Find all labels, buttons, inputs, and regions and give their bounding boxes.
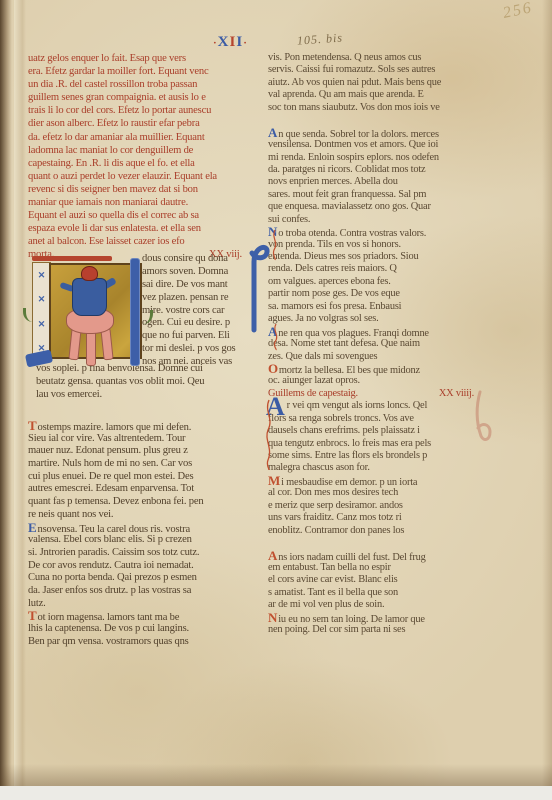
text-line <box>268 114 514 126</box>
text-line: s amatist. Tant es il bella que son <box>268 587 514 599</box>
line-text: quant o auzi perdet lo vezer elauzir. Eq… <box>28 171 217 182</box>
line-text: ladomna lac maniat lo cor denguillem de <box>28 145 193 156</box>
text-line: sa. mamors esi fos presa. Enbausi <box>268 301 514 313</box>
line-text: autres emescrei. Edesam enparvensa. Tot <box>28 483 194 494</box>
line-text: De cor avos rendutz. Cautra ioi nemadat. <box>28 560 194 571</box>
text-line: da. efetz lo dar amaniar ala muillier. E… <box>28 131 266 144</box>
red-filigree-flourish <box>271 322 281 352</box>
line-text: un dia .R. del castel rossillon troba pa… <box>28 79 197 90</box>
text-line: Ensovensa. Teu la carel dous ris. vostra <box>28 522 266 535</box>
line-text: lhis la captenensa. De vos p cui langins… <box>28 623 189 634</box>
left-column-vida-rubric: uatz gelos enquer lo fait. Esap que vers… <box>28 52 266 262</box>
line-text: uns vars fraiditz. Canz mos totz ri <box>268 512 402 523</box>
text-line: uns vars fraiditz. Canz mos totz ri <box>268 512 514 524</box>
text-line: lhis la captenensa. De vos p cui langins… <box>28 623 266 636</box>
line-text: sai dire. De vos mant <box>142 279 228 290</box>
line-text: agues. Ja no volgras sol ses. <box>268 313 379 324</box>
stanza-initial: A <box>268 125 277 140</box>
text-line: em entabust. Tan bella no espir <box>268 562 514 574</box>
text-line: re neis quant nos vei. <box>28 509 266 522</box>
line-text: val aprenda. Qu am mais que arenda. E <box>268 89 424 100</box>
line-text: von prenda. Tils en vos si honors. <box>268 239 401 250</box>
miniature-red-top-bar <box>32 256 112 261</box>
line-text: lutz. <box>28 598 46 609</box>
stanza-initial: N <box>268 610 277 625</box>
text-line: val aprenda. Qu am mais que arenda. E <box>268 89 514 101</box>
line-text: mortz la bellesa. El bes que midonz <box>279 365 420 376</box>
blue-curl-flourish <box>242 238 270 334</box>
line-text: re neis quant nos vei. <box>28 509 113 520</box>
initial-blue-stem <box>130 258 140 366</box>
text-line: Ben par qm vensa. vostramors quas qns <box>28 636 266 649</box>
horse-leg <box>86 330 96 366</box>
line-text: mire. vostre cors car <box>142 305 224 316</box>
text-line: espaza evole li dar sus enlatesta. et el… <box>28 222 266 235</box>
line-text: al cor. Don mes mos desires tech <box>268 487 398 498</box>
line-text: i mesbaudise em demor. p un iorta <box>281 477 417 488</box>
line-text: ns iors nadam cuilli del fust. Del frug <box>278 552 425 563</box>
faint-red-margin-mark <box>472 388 494 446</box>
text-line: De cor avos rendutz. Cautra ioi nemadat. <box>28 560 266 573</box>
line-text: dier ason alberc. Efetz lo raustir efar … <box>28 118 200 129</box>
line-text: aiutz. Ab vos quien nai pdut. Mais bens … <box>268 77 441 88</box>
line-text: e meriz que serp desiramor. andos <box>268 500 403 511</box>
line-text: iu eu no sem tan loing. De lamor que <box>278 614 425 625</box>
line-text: dous consire qu dona <box>142 253 228 264</box>
line-text: el cors avine car evist. Blanc elis <box>268 574 397 585</box>
stanza-initial: E <box>28 520 36 535</box>
line-text: flors sa renga sobrels troncs. Vos ave <box>268 413 414 424</box>
text-line: An que senda. Sobrel tor la dolors. merc… <box>268 127 514 139</box>
text-line: sui confes. <box>268 214 514 226</box>
line-text: da. Jaser enfos sos drutz. p las vostras… <box>28 585 191 596</box>
line-text: valensa. Ebel cors blanc elis. Si p crez… <box>28 534 192 545</box>
text-line: anet al balcon. Ese laisset cazer ios ef… <box>28 235 266 248</box>
line-text: da. efetz lo dar amaniar ala muillier. E… <box>28 132 205 143</box>
line-text: Ben par qm vensa. vostramors quas qns <box>28 636 189 647</box>
binding-gutter-shadow <box>0 0 12 786</box>
text-line: mauer nuz. Edonat pensum. plus greu z <box>28 445 266 458</box>
stanza-initial: A <box>268 548 277 563</box>
line-text: martire. Nuls hom de mi no sen. Car vos <box>28 458 192 469</box>
text-line: el cors avine car evist. Blanc elis <box>268 574 514 586</box>
chapter-numeral-XII: ·XII· <box>213 34 248 51</box>
line-text: nen poing. Del cor sim parta ni ses <box>268 624 405 635</box>
text-line: mi renda. Enloin sospirs eplors. nos ode… <box>268 152 514 164</box>
line-text: n que senda. Sobrel tor la dolors. merce… <box>278 129 439 140</box>
text-line: nen poing. Del cor sim parta ni ses <box>268 624 514 636</box>
line-text: capestaing. En .R. li dis aque el fo. et… <box>28 158 195 169</box>
text-line: Ans iors nadam cuilli del fust. Del frug <box>268 550 514 562</box>
line-text: anet al balcon. Ese laisset cazer ios ef… <box>28 236 185 247</box>
text-line: aiutz. Ab vos quien nai pdut. Mais bens … <box>268 77 514 89</box>
line-text: espaza evole li dar sus enlatesta. et el… <box>28 223 201 234</box>
line-text: Equant el auzi so quella dis el correc a… <box>28 210 199 221</box>
line-text: que no fui parven. Eli <box>142 330 230 341</box>
text-line: un dia .R. del castel rossillon troba pa… <box>28 78 266 91</box>
line-text: nsovensa. Teu la carel dous ris. vostra <box>37 524 189 535</box>
line-text: desa. Nome stet tant defesa. Que naim <box>268 338 420 349</box>
line-text: amors soven. Domna <box>142 266 228 277</box>
line-text: o troba otenda. Contra vostras valors. <box>278 228 426 239</box>
text-line: Ane ren qua vos plagues. Franqi domne <box>268 326 514 338</box>
line-text: sa. mamors esi fos presa. Enbausi <box>268 301 401 312</box>
table-surface <box>0 786 552 800</box>
line-text: mauer nuz. Edonat pensum. plus greu z <box>28 445 188 456</box>
line-text: entenda. Dieus mes sos priadors. Siou <box>268 251 418 262</box>
text-line: vis. Pon metendensa. Q neus amos cus <box>268 52 514 64</box>
text-line: Sieu ial cor vire. Vas altrentedem. Tour <box>28 433 266 446</box>
line-text: revenc si dis seigner ben mavez dat si b… <box>28 184 198 195</box>
line-text: tor mi deslei. p vos gos <box>142 343 235 354</box>
text-line: some sims. Entre las flors els brondels … <box>268 450 514 462</box>
line-text: malegra chascus ason for. <box>268 462 370 473</box>
stanza-initial: O <box>268 361 278 376</box>
text-line: uatz gelos enquer lo fait. Esap que vers <box>28 52 266 65</box>
line-text: enoblitz. Contramor don panes los <box>268 525 404 536</box>
right-column-text: vis. Pon metendensa. Q neus amos cusserv… <box>268 52 514 637</box>
stanza-initial: T <box>28 418 36 433</box>
text-line: revenc si dis seigner ben mavez dat si b… <box>28 183 266 196</box>
text-line: da. paratges ni ricors. Coblidat mos tot… <box>268 164 514 176</box>
text-line: agues. Ja no volgras sol ses. <box>268 313 514 325</box>
text-line: malegra chascus ason for. <box>268 462 514 474</box>
line-text: qua tengutz enbrocs. lo freis mas era pe… <box>268 438 431 449</box>
text-line: que enquesa. mavialassetz ono gos. Quar <box>268 201 514 213</box>
text-line: quant fas p temensa. Devez enbona fei. p… <box>28 496 266 509</box>
text-line: era. Efetz gardar la moiller fort. Equan… <box>28 65 266 78</box>
text-line: lutz. <box>28 598 266 611</box>
text-line: martire. Nuls hom de mi no sen. Car vos <box>28 458 266 471</box>
line-text: uatz gelos enquer lo fait. Esap que vers <box>28 53 186 64</box>
line-text: trais li lo cor del cors. Efetz lo porta… <box>28 105 211 116</box>
text-line: trais li lo cor del cors. Efetz lo porta… <box>28 104 266 117</box>
text-line: entenda. Dieus mes sos priadors. Siou <box>268 251 514 263</box>
text-line: Tostemps mazire. lamors que mi defen. <box>28 420 266 433</box>
initial-blue-foot <box>25 349 53 367</box>
line-text: guillem senes gran compaignia. et ausis … <box>28 92 206 103</box>
line-text: ostemps mazire. lamors que mi defen. <box>37 422 191 433</box>
line-text: s amatist. Tant es il bella que son <box>268 587 398 598</box>
line-text: ot iorn magensa. lamors tant ma be <box>37 612 179 623</box>
text-line: capestaing. En .R. li dis aque el fo. et… <box>28 157 266 170</box>
page-fold-edge <box>14 0 26 786</box>
illuminated-initial-miniature: ✕✕✕✕ <box>30 254 144 368</box>
text-line: sares. mout feit gran franquessa. Sal pm <box>268 189 514 201</box>
line-text: partir nom pose ges. De vos eque <box>268 288 400 299</box>
text-line: novs enprien merces. Abella dou <box>268 176 514 188</box>
line-text: vez plazen. pensan re <box>142 292 228 303</box>
text-line: si. Jntrorien paradis. Caissim sos totz … <box>28 547 266 560</box>
folio-annotation: 105. bis <box>297 30 344 48</box>
manuscript-photo: ·XII· 105. bis 256 uatz gelos enquer lo … <box>0 0 552 800</box>
text-line: ladomna lac maniat lo cor denguillem de <box>28 144 266 157</box>
line-text: si. Jntrorien paradis. Caissim sos totz … <box>28 547 199 558</box>
text-line: e meriz que serp desiramor. andos <box>268 500 514 512</box>
line-text: renda. Dels catres reis maiors. Q <box>268 263 397 274</box>
line-text: servis. Caissi fui romazutz. Sols ses au… <box>268 64 435 75</box>
line-text: da. paratges ni ricors. Coblidat mos tot… <box>268 164 425 175</box>
text-line: beutatz gensa. quantas vos oblit moi. Qe… <box>36 375 266 388</box>
red-filigree-flourish <box>270 228 280 262</box>
text-line: da. Jaser enfos sos drutz. p las vostras… <box>28 585 266 598</box>
line-text: beutatz gensa. quantas vos oblit moi. Qe… <box>36 376 204 387</box>
text-line: valensa. Ebel cors blanc elis. Si p crez… <box>28 534 266 547</box>
line-text: quant fas p temensa. Devez enbona fei. p… <box>28 496 203 507</box>
numeral-letter: X <box>218 34 230 50</box>
text-line: enoblitz. Contramor don panes los <box>268 525 514 537</box>
line-text: zes. Que dals mi sovengues <box>268 351 377 362</box>
text-line: dier ason alberc. Efetz lo raustir efar … <box>28 117 266 130</box>
text-line: renda. Dels catres reis maiors. Q <box>268 263 514 275</box>
red-filigree-flourish <box>263 398 275 472</box>
rider-body <box>72 278 107 316</box>
right-edge-shadow <box>542 0 552 786</box>
rider-red-cap <box>81 266 98 281</box>
text-line: tor mi deslei. p vos gos <box>142 343 268 356</box>
line-text: sares. mout feit gran franquessa. Sal pm <box>268 189 426 200</box>
text-line: servis. Caissi fui romazutz. Sols ses au… <box>268 64 514 76</box>
line-text: dausels chans erefrims. pels plaissatz i <box>268 425 420 436</box>
text-line: Niu eu no sem tan loing. De lamor que <box>268 612 514 624</box>
text-line: ar de mi vol ven plus de soin. <box>268 599 514 611</box>
line-text: some sims. Entre las flors els brondels … <box>268 450 427 461</box>
line-text: era. Efetz gardar la moiller fort. Equan… <box>28 66 209 77</box>
text-line: Equant el auzi so quella dis el correc a… <box>28 209 266 222</box>
text-line: Omortz la bellesa. El bes que midonz <box>268 363 514 375</box>
line-text: cui plus enuei. De re quel mon estei. De… <box>28 471 193 482</box>
line-text: vensilensa. Dontmen vos et amors. Que io… <box>268 139 438 150</box>
text-line: Tot iorn magensa. lamors tant ma be <box>28 610 266 623</box>
text-line: soc ton mans siaubutz. Vos don mos iois … <box>268 102 514 114</box>
text-line: partir nom pose ges. De vos eque <box>268 288 514 300</box>
line-text: em entabust. Tan bella no espir <box>268 562 391 573</box>
stanza-initial: T <box>28 608 36 623</box>
text-line: al cor. Don mes mos desires tech <box>268 487 514 499</box>
rubric-dot: · <box>243 37 248 49</box>
line-text: ne ren qua vos plagues. Franqi domne <box>278 328 429 339</box>
line-text: ar de mi vol ven plus de soin. <box>268 599 384 610</box>
text-line: zes. Que dals mi sovengues <box>268 351 514 363</box>
line-text: om valgues. aperces ebona fes. <box>268 276 391 287</box>
text-line <box>268 537 514 549</box>
line-text: Sieu ial cor vire. Vas altrentedem. Tour <box>28 433 185 444</box>
text-line: oc. aiunger lazat opros. <box>268 375 514 387</box>
text-line: maniar que iamais non maniarai dautre. <box>28 196 266 209</box>
stanza-initial: M <box>268 473 280 488</box>
text-line: Cuna no porta benda. Qai prezos p esmen <box>28 572 266 585</box>
text-line: Mi mesbaudise em demor. p un iorta <box>268 475 514 487</box>
line-text: soc ton mans siaubutz. Vos don mos iois … <box>268 102 440 113</box>
text-line: No troba otenda. Contra vostras valors. <box>268 226 514 238</box>
line-text: Cuna no porta benda. Qai prezos p esmen <box>28 572 197 583</box>
text-line: om valgues. aperces ebona fes. <box>268 276 514 288</box>
line-text: r vei qm vengut als iorns loncs. Qel <box>287 400 428 411</box>
line-text: ogen. Cui eu desire. p <box>142 317 230 328</box>
text-line: lau vos emercei. <box>36 388 266 401</box>
text-line: vensilensa. Dontmen vos et amors. Que io… <box>268 139 514 151</box>
bottom-edge-shadow <box>0 764 552 788</box>
text-line: cui plus enuei. De re quel mon estei. De… <box>28 471 266 484</box>
line-text: novs enprien merces. Abella dou <box>268 176 398 187</box>
line-text: vis. Pon metendensa. Q neus amos cus <box>268 52 421 63</box>
text-line: autres emescrei. Edesam enparvensa. Tot <box>28 483 266 496</box>
line-text: mi renda. Enloin sospirs eplors. nos ode… <box>268 152 439 163</box>
line-text: maniar que iamais non maniarai dautre. <box>28 197 188 208</box>
line-text: oc. aiunger lazat opros. <box>268 375 360 386</box>
line-text: lau vos emercei. <box>36 389 102 400</box>
text-line: desa. Nome stet tant defesa. Que naim <box>268 338 514 350</box>
text-line: von prenda. Tils en vos si honors. <box>268 239 514 251</box>
line-text: que enquesa. mavialassetz ono gos. Quar <box>268 201 431 212</box>
line-text: sui confes. <box>268 214 310 225</box>
text-line: quant o auzi perdet lo vezer elauzir. Eq… <box>28 170 266 183</box>
left-column-stanzas: Tostemps mazire. lamors que mi defen.Sie… <box>28 420 266 648</box>
text-line: guillem senes gran compaignia. et ausis … <box>28 91 266 104</box>
